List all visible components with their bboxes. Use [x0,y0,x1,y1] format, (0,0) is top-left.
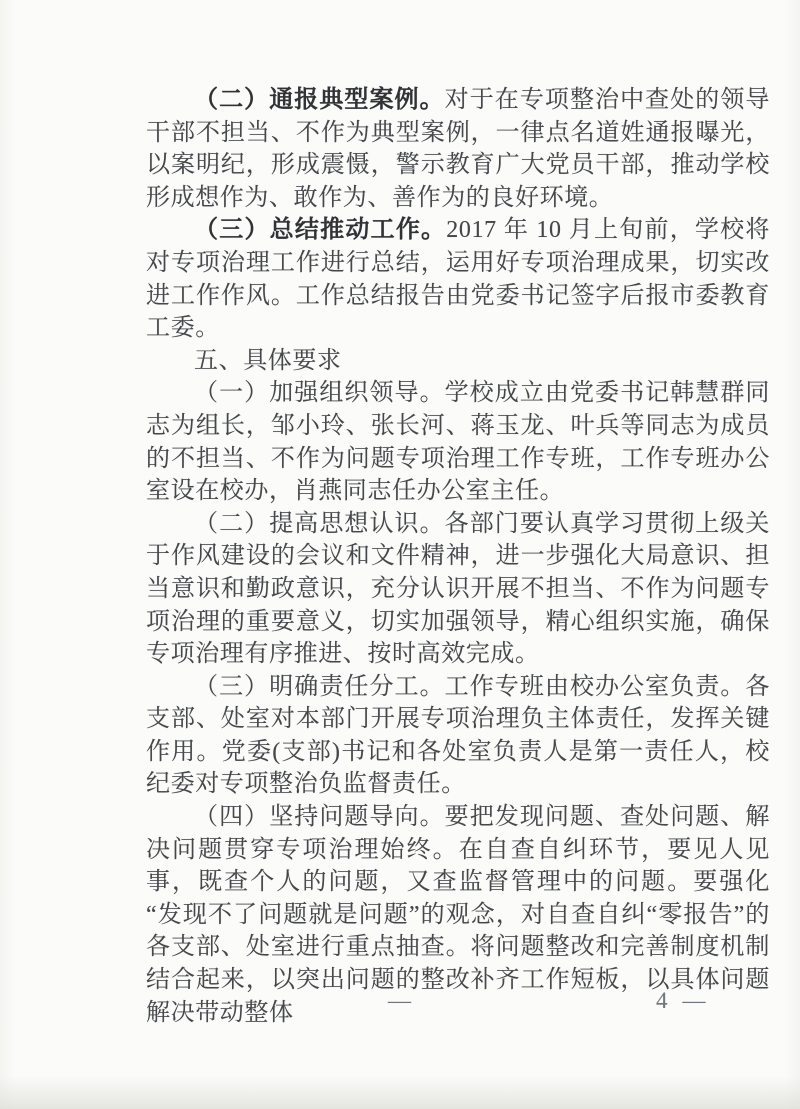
page-footer-number: 4— [656,988,707,1014]
document-page: （二）通报典型案例。对于在专项整治中查处的领导干部不担当、不作为典型案例，一律点… [0,0,800,1109]
paragraph-raise-awareness: （二）提高思想认识。各部门要认真学习贯彻上级关于作风建设的会议和文件精神，进一步… [146,508,770,671]
paragraph-strengthen-leadership: （一）加强组织领导。学校成立由党委书记韩慧群同志为组长，邹小玲、张长河、蒋玉龙、… [146,377,770,507]
page-footer-right-dash: — [683,988,707,1013]
section-heading-text: 五、具体要求 [194,348,342,374]
page-footer-left-dash: — [388,988,412,1014]
paragraph-bold-lead: （三）总结推动工作。 [194,217,446,243]
section-heading-specific-requirements: 五、具体要求 [146,345,770,378]
paragraph-clarify-responsibility: （三）明确责任分工。工作专班由校办公室负责。各支部、处室对本部门开展专项治理负主… [146,671,770,801]
paragraph-text: （一）加强组织领导。学校成立由党委书记韩慧群同志为组长，邹小玲、张长河、蒋玉龙、… [146,380,770,504]
paragraph-text: （二）提高思想认识。各部门要认真学习贯彻上级关于作风建设的会议和文件精神，进一步… [146,511,770,667]
paragraph-notify-typical-cases: （二）通报典型案例。对于在专项整治中查处的领导干部不担当、不作为典型案例，一律点… [146,84,770,214]
paragraph-text: （三）明确责任分工。工作专班由校办公室负责。各支部、处室对本部门开展专项治理负主… [146,674,770,798]
document-text-block: （二）通报典型案例。对于在专项整治中查处的领导干部不担当、不作为典型案例，一律点… [146,84,770,1029]
page-number: 4 [656,988,669,1013]
paragraph-summarize-promote-work: （三）总结推动工作。2017 年 10 月上旬前，学校将对专项治理工作进行总结，… [146,214,770,344]
paragraph-bold-lead: （二）通报典型案例。 [194,87,445,113]
